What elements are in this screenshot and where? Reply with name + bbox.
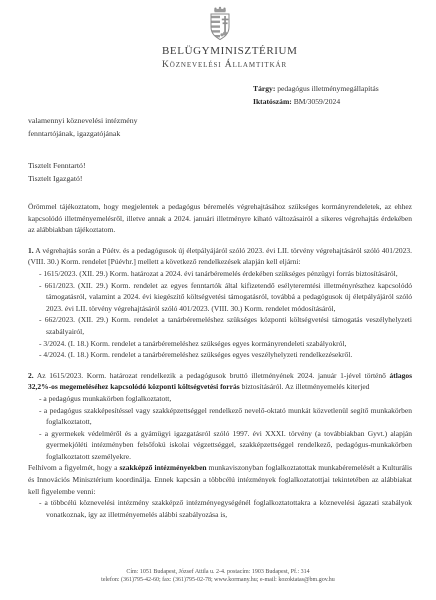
ministry-name: BELÜGYMINISZTÉRIUM xyxy=(162,45,297,57)
office-title: Köznevelési Államtitkár xyxy=(162,60,287,70)
footer-block: Cím: 1051 Budapest, József Attila u. 2-4… xyxy=(0,569,436,585)
coverage-item: a gyermekek védelméről és a gyámügyi iga… xyxy=(33,428,412,463)
regulation-item: 3/2024. (I. 18.) Korm. rendelet a tanárb… xyxy=(33,338,412,350)
salutation-line: Tisztelt Igazgató! xyxy=(28,173,86,186)
subject-value: pedagógus illetménymegállapítás xyxy=(275,84,378,93)
regulation-item: 1615/2023. (XII. 29.) Korm. határozat a … xyxy=(33,268,412,280)
vocational-emphasis: szakképző intézményekben xyxy=(120,463,207,472)
letter-body: Örömmel tájékoztatom, hogy megjelentek a… xyxy=(28,201,412,520)
intro-paragraph: Örömmel tájékoztatom, hogy megjelentek a… xyxy=(28,201,412,236)
regulation-list: 1615/2023. (XII. 29.) Korm. határozat a … xyxy=(28,268,412,361)
coverage-list: a pedagógus munkakörben foglalkoztatott,… xyxy=(28,393,412,463)
salutation-block: Tisztelt Fenntartó! Tisztelt Igazgató! xyxy=(28,160,86,185)
subject-line: Tárgy: pedagógus illetménymegállapítás xyxy=(253,83,379,96)
salutation-line: Tisztelt Fenntartó! xyxy=(28,160,86,173)
regulation-item: 661/2023. (XII. 29.) Korm. rendelet az e… xyxy=(33,280,412,315)
subject-block: Tárgy: pedagógus illetménymegállapítás I… xyxy=(253,83,379,108)
coverage-item: a pedagógus szakképesítéssel vagy szakké… xyxy=(33,405,412,428)
note-paragraph: Felhívom a figyelmét, hogy a szakképző i… xyxy=(28,462,412,497)
section-2-paragraph: 2. Az 1615/2023. Korm. határozat rendelk… xyxy=(28,370,412,393)
subject-label: Tárgy: xyxy=(253,84,275,93)
footer-address: Cím: 1051 Budapest, József Attila u. 2-4… xyxy=(0,569,436,577)
regulation-item: 4/2024. (I. 18.) Korm. rendelet a tanárb… xyxy=(33,349,412,361)
note-item: a többcélú köznevelési intézmény szakkép… xyxy=(33,497,412,520)
recipient-line: valamennyi köznevelési intézmény xyxy=(28,115,138,128)
reference-label: Iktatószám: xyxy=(253,97,292,106)
note-list: a többcélú köznevelési intézmény szakkép… xyxy=(28,497,412,520)
coverage-item: a pedagógus munkakörben foglalkoztatott, xyxy=(33,393,412,405)
reference-line: Iktatószám: BM/3059/2024 xyxy=(253,96,379,109)
section-1-paragraph: 1. A végrehajtás során a Púétv. és a ped… xyxy=(28,245,412,268)
letter-page: BELÜGYMINISZTÉRIUM Köznevelési Államtitk… xyxy=(0,0,436,600)
regulation-item: 662/2023. (XII. 29.) Korm. rendelet a ta… xyxy=(33,314,412,337)
recipient-block: valamennyi köznevelési intézmény fenntar… xyxy=(28,115,138,140)
footer-contact: telefon: (361)795-42-60; fax: (361)795-0… xyxy=(0,577,436,585)
recipient-line: fenntartójának, igazgatójának xyxy=(28,128,138,141)
reference-value: BM/3059/2024 xyxy=(292,97,340,106)
hungary-coat-of-arms-icon xyxy=(206,5,234,42)
